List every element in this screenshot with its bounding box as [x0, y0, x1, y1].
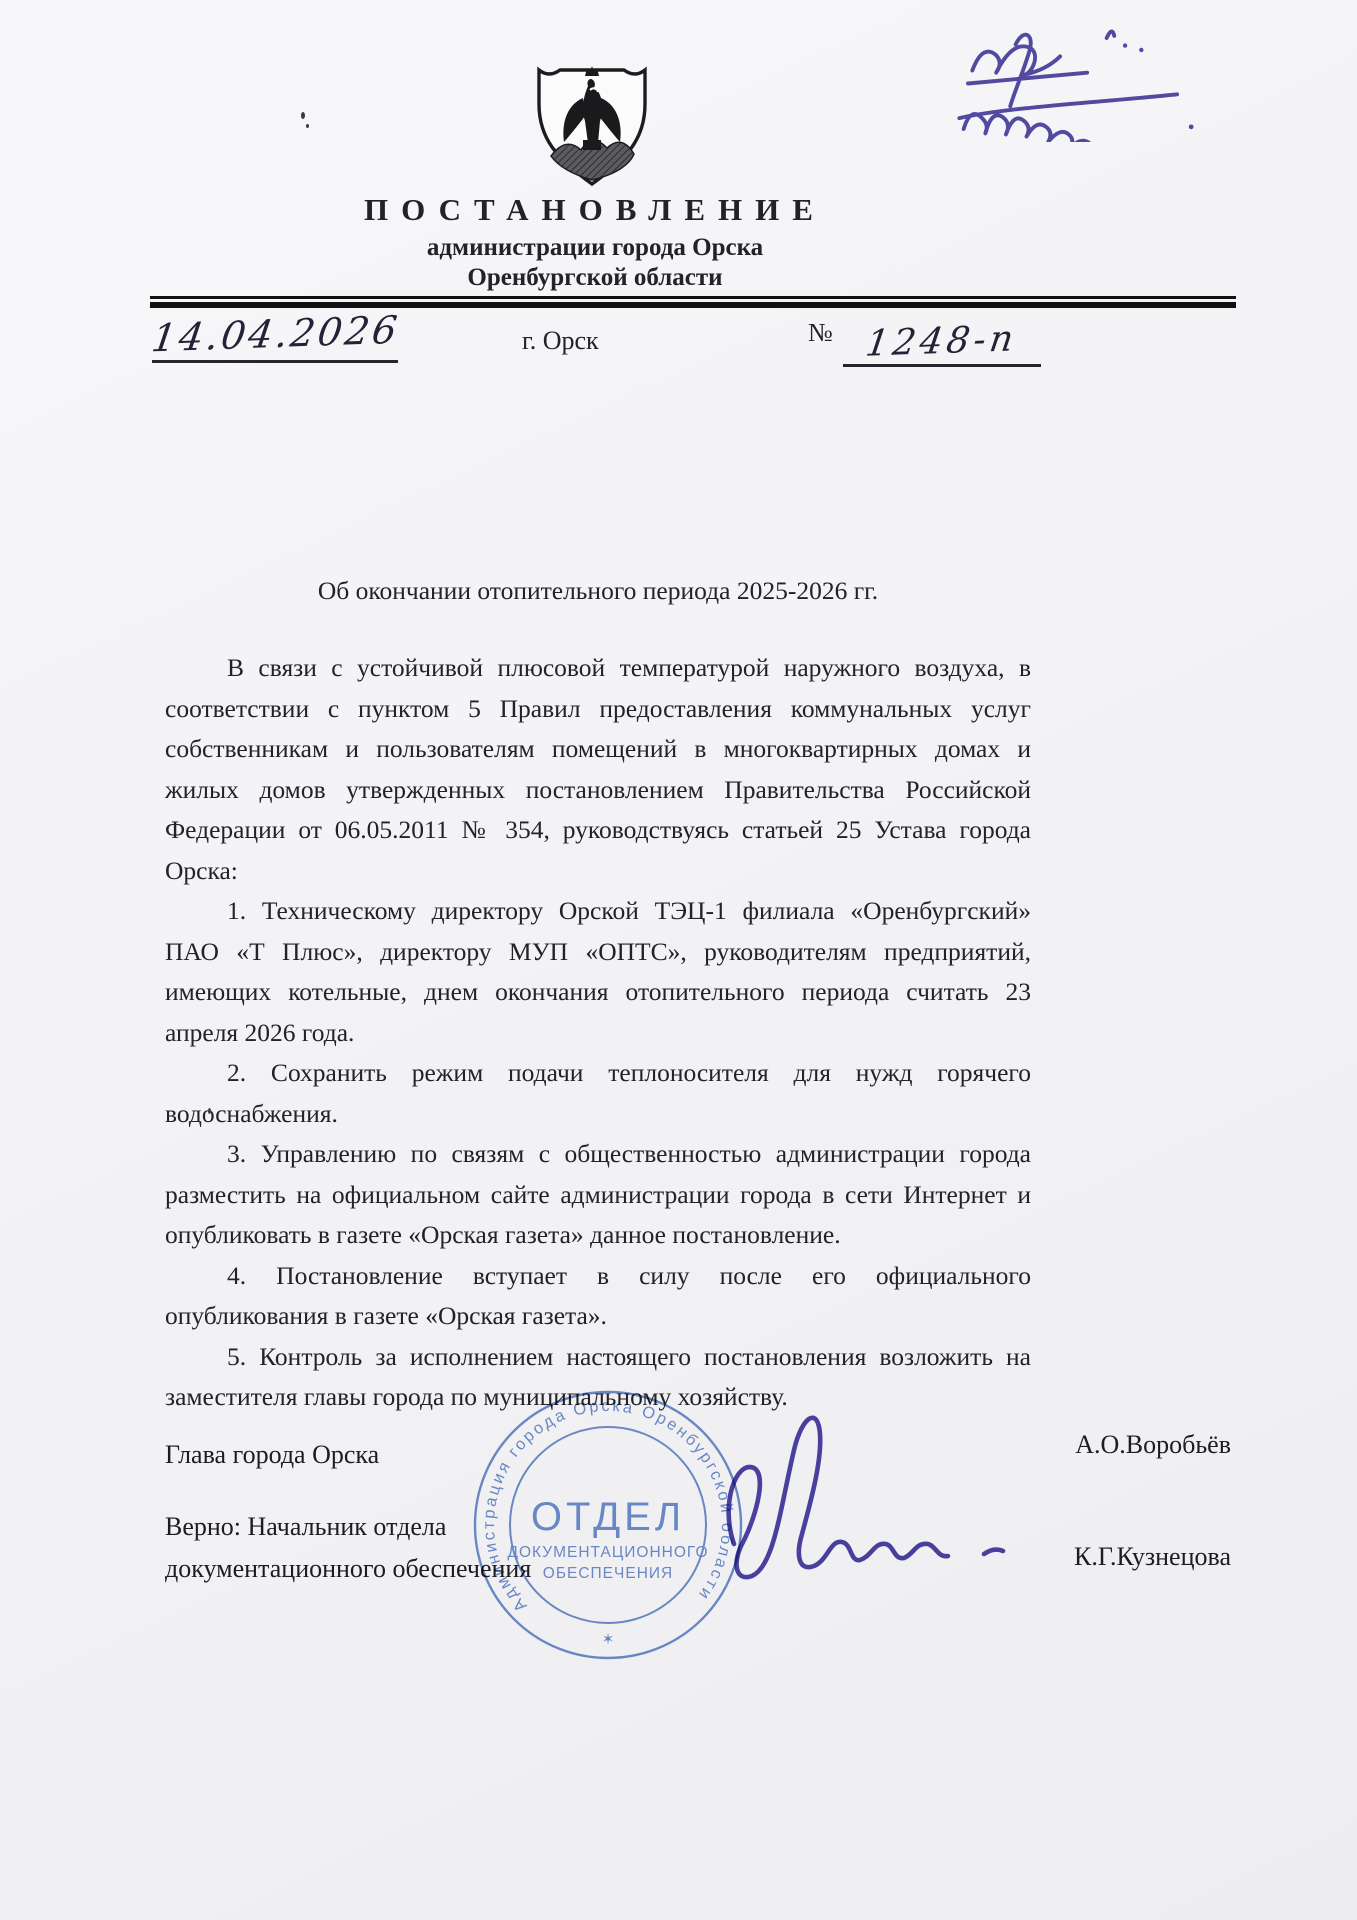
stamp-center-line2: ДОКУМЕНТАЦИОННОГО	[507, 1544, 708, 1561]
stamp-ring-star: ✶	[602, 1632, 615, 1648]
stamp-center-line1: ОТДЕЛ	[531, 1495, 685, 1539]
head-name: А.О.Воробьёв	[1075, 1430, 1231, 1460]
handwritten-note-scribble	[955, 12, 1215, 142]
paragraph-item-3: 3. Управлению по связям с общественность…	[165, 1134, 1031, 1256]
scanned-decree-page: ПОСТАНОВЛЕНИЕ администрации города Орска…	[0, 0, 1357, 1920]
paragraph-item-2: 2. Сохранить режим подачи теплоносителя …	[165, 1053, 1031, 1134]
paragraph-item-1: 1. Техническому директору Орской ТЭЦ-1 ф…	[165, 891, 1031, 1053]
city-coat-of-arms	[531, 62, 653, 192]
document-header: ПОСТАНОВЛЕНИЕ администрации города Орска…	[150, 192, 1040, 292]
ink-speck	[208, 1108, 211, 1114]
paragraph-item-4: 4. Постановление вступает в силу после е…	[165, 1256, 1031, 1337]
handwritten-signature	[700, 1392, 1020, 1622]
document-number-field: №1248-п	[808, 318, 1041, 367]
verify-name: К.Г.Кузнецова	[1074, 1536, 1231, 1578]
doc-region-line: Оренбургской области	[150, 264, 1040, 292]
ink-speck	[301, 112, 305, 119]
handwritten-date-field: 14.04.2026	[152, 312, 398, 363]
doc-type-title: ПОСТАНОВЛЕНИЕ	[150, 192, 1040, 228]
stamp-center-line3: ОБЕСПЕЧЕНИЯ	[543, 1565, 673, 1582]
handwritten-date: 14.04.2026	[149, 308, 403, 361]
head-title: Глава города Орска	[165, 1440, 379, 1469]
doc-org-line: администрации города Орска	[150, 234, 1040, 262]
number-sign: №	[808, 318, 833, 347]
header-divider	[150, 296, 1236, 308]
decree-body: В связи с устойчивой плюсовой температур…	[165, 648, 1031, 1418]
city-label: г. Орск	[522, 326, 599, 356]
ink-speck	[306, 124, 309, 128]
paragraph-preamble: В связи с устойчивой плюсовой температур…	[165, 648, 1031, 891]
subject-title: Об окончании отопительного периода 2025-…	[165, 576, 1031, 606]
handwritten-number: 1248-п	[863, 318, 1020, 364]
dateline: 14.04.2026 г. Орск №1248-п	[150, 312, 1240, 382]
